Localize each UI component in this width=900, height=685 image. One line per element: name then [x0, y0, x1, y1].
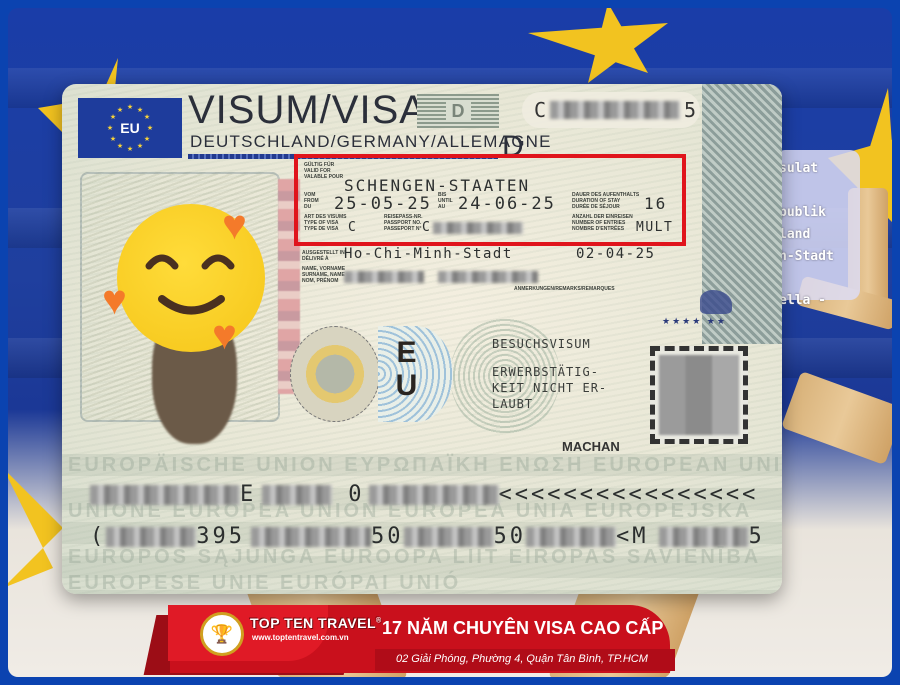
mrz-background-text: EUROPESE UNIE EURÓPAI UNIÓ: [68, 572, 461, 594]
issuing-country: DEUTSCHLAND/GERMANY/ALLEMAGNE: [190, 132, 552, 152]
number-of-entries: MULT: [636, 220, 673, 235]
country-code: D: [446, 101, 471, 122]
stamp-text: sulat: [779, 158, 856, 180]
svg-text:★: ★: [110, 135, 116, 143]
eu-flag-star-icon: [8, 468, 63, 588]
remark-line: KEIT NICHT ER-: [492, 380, 607, 396]
slogan: 17 NĂM CHUYÊN VISA CAO CẤP: [382, 618, 663, 639]
mrz-char: <M: [616, 524, 649, 549]
hologram-eu-text: EU: [390, 336, 422, 402]
label-line: NOM, PRÉNOM: [302, 278, 345, 284]
mrz-line-2: (3955050<M5: [90, 524, 765, 549]
remark-line: LAUBT: [492, 396, 607, 412]
promo-banner: 🏆 TOP TEN TRAVEL® www.toptentravel.com.v…: [150, 605, 900, 675]
mrz-line-1: E0<<<<<<<<<<<<<<<<: [90, 482, 758, 507]
label-line: PASSEPORT N°: [384, 226, 423, 232]
valid-for-label: GÜLTIG FÜR VALID FOR VALABLE POUR: [304, 162, 343, 180]
label-line: TYPE DE VISA: [304, 226, 347, 232]
svg-text:★: ★: [127, 103, 133, 111]
duration-of-stay: 16: [644, 194, 667, 213]
passport-number: C: [422, 220, 523, 235]
svg-text:★: ★: [137, 142, 143, 150]
issued-date: 02-04-25: [576, 246, 655, 262]
issued-label: AUSGESTELLT IN DÉLIVRÉ À: [302, 250, 345, 262]
signature: MACHAN: [562, 439, 620, 454]
visa-number: C 5: [522, 92, 700, 128]
hologram-seal: [290, 326, 380, 422]
stamp-text: ella -: [779, 290, 856, 312]
redacted-mrz: [659, 527, 749, 547]
mrz-background-text: EUROPOS SĄJUNGA EUROOPA LIIT EIROPAS SAV…: [68, 546, 761, 569]
redacted-passport-number: [433, 222, 523, 234]
valid-until-date: 24-06-25: [458, 194, 556, 214]
svg-text:★: ★: [110, 113, 116, 121]
eu-flag-star-icon: [528, 8, 688, 83]
stamp-text: [779, 180, 856, 202]
stamp-text: publik: [779, 202, 856, 224]
hologram-letters: EU: [390, 336, 422, 402]
visa-title: VISUM/VISA: [188, 88, 427, 133]
visa-sticker: ★★★★ ★★★★ ★★★★ EU VISUM/VISA DEUTSCHLAND…: [62, 84, 782, 594]
registered-mark: ®: [376, 617, 382, 624]
remark-gap: [492, 352, 607, 364]
label-line: DU: [304, 204, 319, 210]
mrz-char: 0: [348, 482, 364, 507]
svg-text:★: ★: [127, 145, 133, 153]
brand-name: TOP TEN TRAVEL®: [250, 615, 382, 631]
stamp-text: [779, 268, 856, 290]
redacted-2d-barcode: [650, 346, 748, 444]
mrz-filler: <<<<<<<<<<<<<<<<: [499, 482, 759, 507]
mrz-char: (: [90, 524, 106, 549]
holder-photo: ♥ ♥ ♥: [80, 172, 280, 422]
svg-text:★: ★: [117, 142, 123, 150]
svg-text:★: ★: [144, 135, 150, 143]
outer-frame: sulat publik land h-Stadt ella - ★★★★ ★★…: [0, 0, 900, 685]
issued-place: Ho-Chi-Minh-Stadt: [344, 246, 513, 262]
redacted-mrz: [251, 527, 371, 547]
heart-icon: ♥: [222, 204, 247, 246]
country-code-badge: D: [417, 94, 499, 128]
visa-type-label: ART DES VISUMS TYPE OF VISA TYPE DE VISA: [304, 214, 347, 232]
address: 02 Giải Phóng, Phường 4, Quận Tân Bình, …: [396, 653, 648, 665]
remarks: BESUCHSVISUM ERWERBSTÄTIG- KEIT NICHT ER…: [492, 336, 607, 412]
mrz-char: 395: [196, 524, 245, 549]
redacted-visa-number: [550, 101, 680, 119]
entries-label: ANZAHL DER EINREISEN NUMBER OF ENTRIES N…: [572, 214, 633, 232]
consulate-stamp-sticker: sulat publik land h-Stadt ella -: [775, 150, 860, 300]
svg-text:★: ★: [144, 113, 150, 121]
barcode-blur: [659, 355, 739, 435]
from-label: VOM FROM DU: [304, 192, 319, 210]
remarks-label: ANMERKUNGEN/REMARKS/REMARQUES: [514, 286, 615, 292]
heart-icon: ♥: [102, 279, 127, 321]
redacted-mrz: [369, 485, 499, 505]
redacted-surname: [344, 271, 424, 283]
stamp-text: land: [779, 224, 856, 246]
brand-website: www.toptentravel.com.vn: [252, 633, 349, 642]
stamp-text: h-Stadt: [779, 246, 856, 268]
mrz-char: 50: [494, 524, 527, 549]
mrz-char: 50: [371, 524, 404, 549]
eu-stars-row: ★★★★ ★★: [662, 316, 727, 327]
duration-label: DAUER DES AUFENTHALTS DURATION OF STAY D…: [572, 192, 639, 210]
passport-number-start: C: [422, 220, 431, 235]
redacted-mrz: [526, 527, 616, 547]
valid-from-date: 25-05-25: [334, 194, 432, 214]
holder-name: [344, 268, 538, 286]
passport-label: REISEPASS-NR. PASSPORT No. PASSEPORT N°: [384, 214, 423, 232]
mrz-char: 5: [749, 524, 765, 549]
redacted-mrz: [262, 485, 332, 505]
visa-type-value: C: [348, 220, 357, 235]
svg-text:★: ★: [137, 106, 143, 114]
wooden-stand: [781, 371, 892, 465]
label-line: AU: [438, 204, 453, 210]
eu-hologram: EU: [290, 316, 460, 436]
brand-logo-box: 🏆 TOP TEN TRAVEL® www.toptentravel.com.v…: [168, 605, 328, 661]
name-label: NAME, VORNAME SURNAME, NAME NOM, PRÉNOM: [302, 266, 345, 284]
redacted-given-name: [438, 271, 538, 283]
label-line: VALABLE POUR: [304, 174, 343, 180]
remark-line: BESUCHSVISUM: [492, 336, 607, 352]
mrz-char: E: [240, 482, 256, 507]
svg-text:★: ★: [107, 124, 113, 132]
eu-label: EU: [120, 120, 139, 136]
remark-line: ERWERBSTÄTIG-: [492, 364, 607, 380]
redacted-mrz: [106, 527, 196, 547]
svg-text:★: ★: [117, 106, 123, 114]
eu-flag-emblem: ★★★★ ★★★★ ★★★★ EU: [78, 98, 182, 158]
mrz-background-text: EUROPÄISCHE UNION ΕΥΡΩΠΑΪΚΗ ΕΝΩΣΗ EUROPE…: [68, 454, 782, 477]
visa-number-end: 5: [684, 98, 696, 122]
redacted-mrz: [90, 485, 240, 505]
heart-icon: ♥: [212, 314, 237, 356]
label-line: DÉLIVRÉ À: [302, 256, 345, 262]
redacted-mrz: [404, 527, 494, 547]
visa-number-start: C: [534, 98, 546, 122]
trophy-icon: 🏆: [211, 624, 233, 645]
svg-text:★: ★: [147, 124, 153, 132]
brand-text: TOP TEN TRAVEL: [250, 615, 376, 631]
label-line: NOMBRE D'ENTRÉES: [572, 226, 633, 232]
until-label: BIS UNTIL AU: [438, 192, 453, 210]
label-line: DURÉE DE SÉJOUR: [572, 204, 639, 210]
trophy-logo-icon: 🏆: [200, 612, 244, 656]
